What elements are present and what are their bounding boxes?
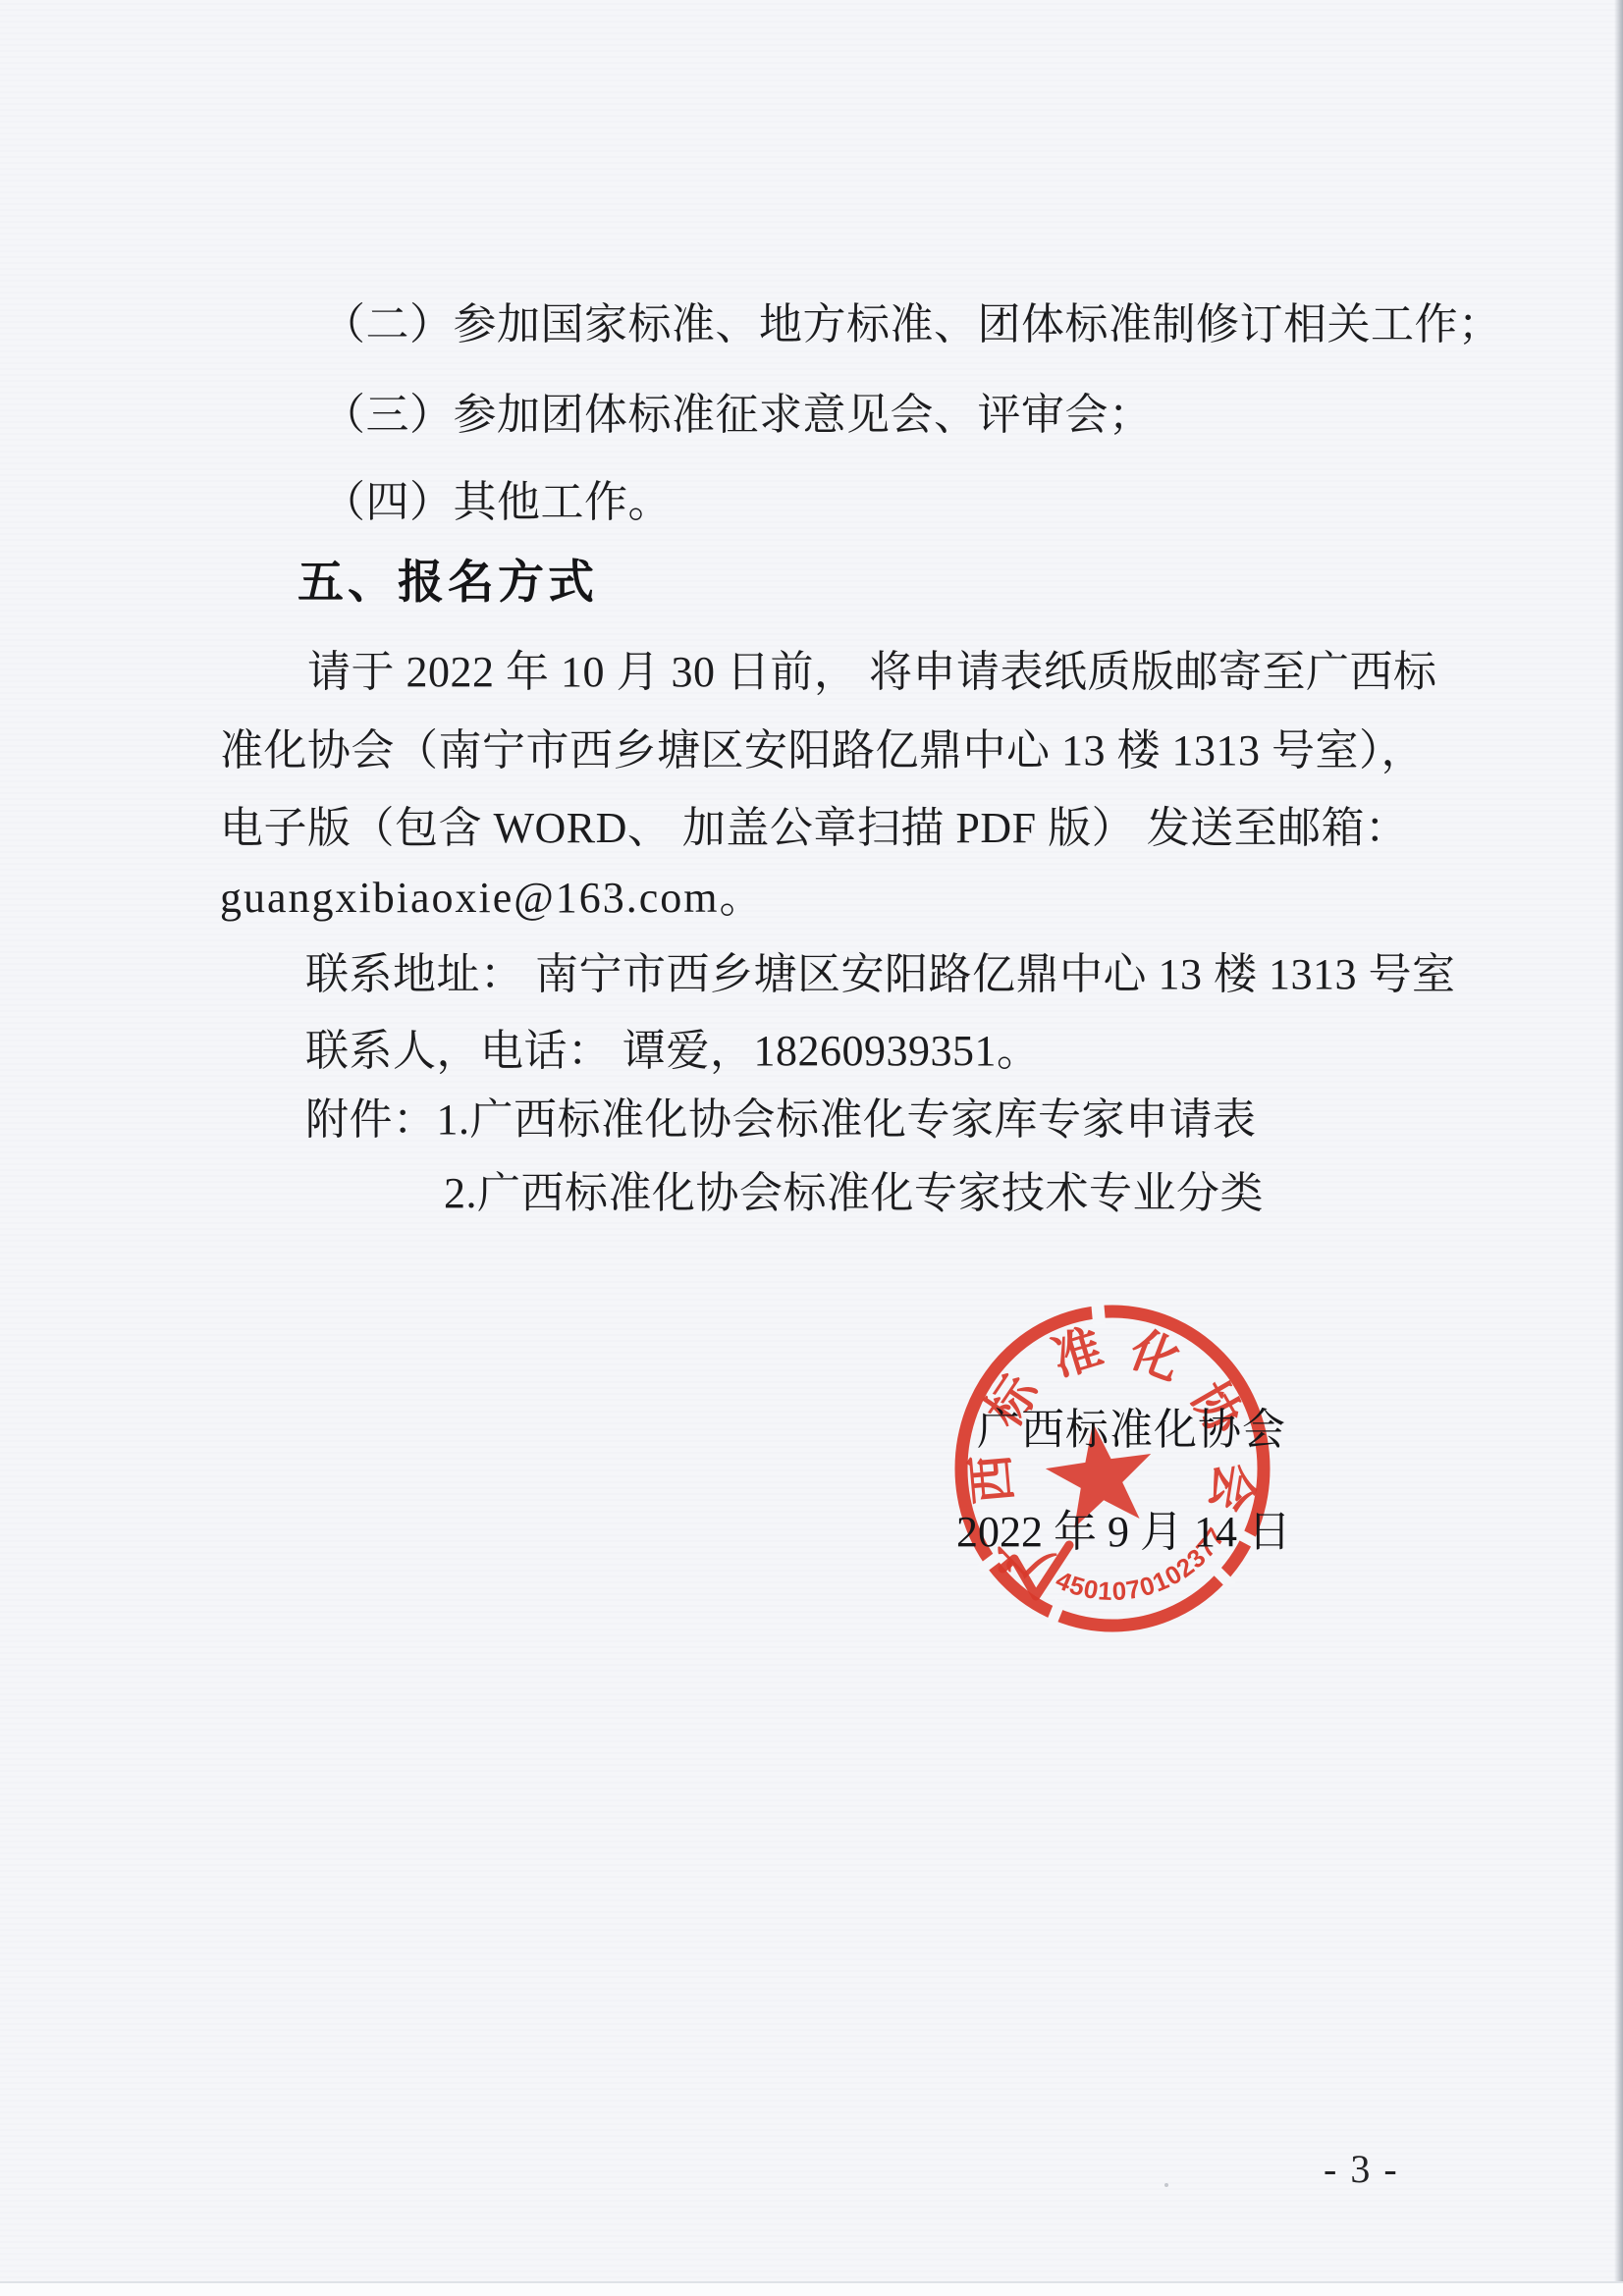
page-number: - 3 - bbox=[1324, 2146, 1399, 2192]
signature-date: 2022 年 9 月 14 日 bbox=[956, 1496, 1291, 1559]
contact-address-line: 联系地址： 南宁市西乡塘区安阳路亿鼎中心 13 楼 1313 号室 bbox=[305, 950, 1456, 1000]
paragraph-line-2: 准化协会（南宁市西乡塘区安阳路亿鼎中心 13 楼 1313 号室）， bbox=[220, 726, 1425, 776]
scan-right-edge-shadow bbox=[1614, 0, 1623, 2296]
scan-speck bbox=[1164, 2183, 1168, 2187]
scanned-document-page: （二）参加国家标准、地方标准、团体标准制修订相关工作； （三）参加团体标准征求意… bbox=[0, 0, 1623, 2296]
list-item-3: （三）参加团体标准征求意见会、评审会； bbox=[322, 391, 1153, 441]
list-item-4: （四）其他工作。 bbox=[322, 478, 672, 528]
section-heading: 五、报名方式 bbox=[298, 546, 598, 612]
scan-speck bbox=[609, 888, 613, 892]
seal-gap bbox=[1091, 1301, 1106, 1327]
email-address-line: guangxibiaoxie@163.com。 bbox=[220, 874, 765, 924]
list-item-2: （二）参加国家标准、地方标准、团体标准制修订相关工作； bbox=[322, 300, 1502, 350]
signature-org-name: 广西标准化协会 bbox=[977, 1394, 1286, 1457]
paragraph-line-1: 请于 2022 年 10 月 30 日前， 将申请表纸质版邮寄至广西标 bbox=[307, 648, 1437, 698]
contact-person-line: 联系人，电话： 谭爱，18260939351。 bbox=[305, 1027, 1041, 1077]
paragraph-line-3: 电子版（包含 WORD、 加盖公章扫描 PDF 版） 发送至邮箱： bbox=[220, 804, 1409, 854]
attachment-line-2: 2.广西标准化协会标准化专家技术专业分类 bbox=[444, 1169, 1264, 1219]
attachment-line-1: 附件：1.广西标准化协会标准化专家库专家申请表 bbox=[305, 1095, 1257, 1146]
official-seal: 广 西 标 准 化 协 会 4501070102377 bbox=[946, 1298, 1284, 1641]
scan-bottom-edge bbox=[0, 2281, 1623, 2296]
